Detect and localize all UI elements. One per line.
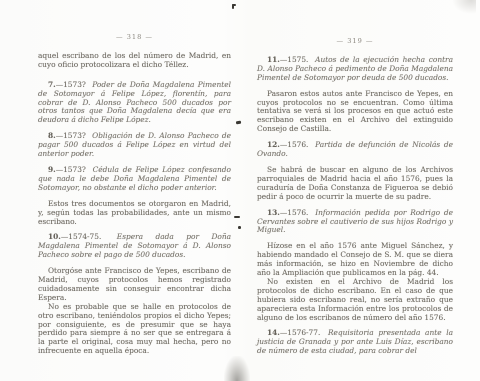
entry-number: 10. (48, 232, 61, 241)
catalog-entry-7: 7.—1573? Poder de Doña Magdalena Pimente… (38, 81, 231, 126)
entry-number: 9. (48, 165, 56, 174)
entry-date: —1573? (56, 131, 86, 140)
catalog-entry-12: 12.—1576. Partida de defunción de Nicolá… (257, 141, 453, 159)
gutter-shadow (224, 356, 250, 381)
commentary-paragraph: Otorgóse ante Francisco de Yepes, escrib… (38, 267, 231, 303)
entry-number: 8. (48, 131, 56, 140)
commentary-paragraph: No existen en el Archivo de Madrid los p… (257, 278, 453, 323)
entry-number: 7. (48, 80, 56, 89)
catalog-entry-11: 11.—1575. Autos de la ejecución hecha co… (257, 56, 453, 83)
entry-number: 13. (267, 208, 280, 217)
entry-date: —1575. (280, 55, 309, 64)
entry-date: —1573? (56, 165, 86, 174)
page-number-right: — 319 — (257, 37, 453, 46)
page-number-left: — 318 — (38, 33, 231, 42)
entry-number: 12. (267, 140, 280, 149)
commentary-paragraph: Hízose en el año 1576 ante Miguel Sánche… (257, 242, 453, 278)
edge-shadow (452, 0, 476, 14)
commentary-paragraph: Se habrá de buscar en alguno de los Arch… (257, 166, 453, 202)
commentary-paragraph: No es probable que se halle en protocolo… (38, 303, 231, 356)
scan-speck (234, 216, 240, 218)
paragraph-continuation: aquel escribano de los del número de Mad… (38, 52, 231, 70)
entry-number: 14. (267, 328, 280, 337)
entry-date: —1573? (56, 80, 86, 89)
entry-date: —1576-77. (280, 328, 320, 337)
entry-number: 11. (267, 55, 280, 64)
entry-date: —1574-75. (61, 232, 101, 241)
left-page: — 318 — aquel escribano de los del númer… (38, 33, 231, 356)
catalog-entry-14: 14.—1576-77. Requisitoria presentada ant… (257, 329, 453, 356)
commentary-paragraph: Estos tres documentos se otorgaron en Ma… (38, 200, 231, 227)
commentary-paragraph: Pasaron estos autos ante Francisco de Ye… (257, 90, 453, 135)
scan-speck (238, 226, 241, 229)
right-page: — 319 — 11.—1575. Autos de la ejecución … (257, 37, 453, 356)
entry-date: —1576. (280, 140, 309, 149)
catalog-entry-13: 13.—1576. Información pedida por Rodrigo… (257, 209, 453, 236)
entry-date: —1576. (280, 208, 309, 217)
catalog-entry-9: 9.—1573? Cédula de Felipe López confesan… (38, 166, 231, 193)
scan-speck (232, 4, 234, 9)
catalog-entry-8: 8.—1573? Obligación de D. Alonso Pacheco… (38, 132, 231, 159)
catalog-entry-10: 10.—1574-75. Espera dada por Doña Magdal… (38, 233, 231, 260)
